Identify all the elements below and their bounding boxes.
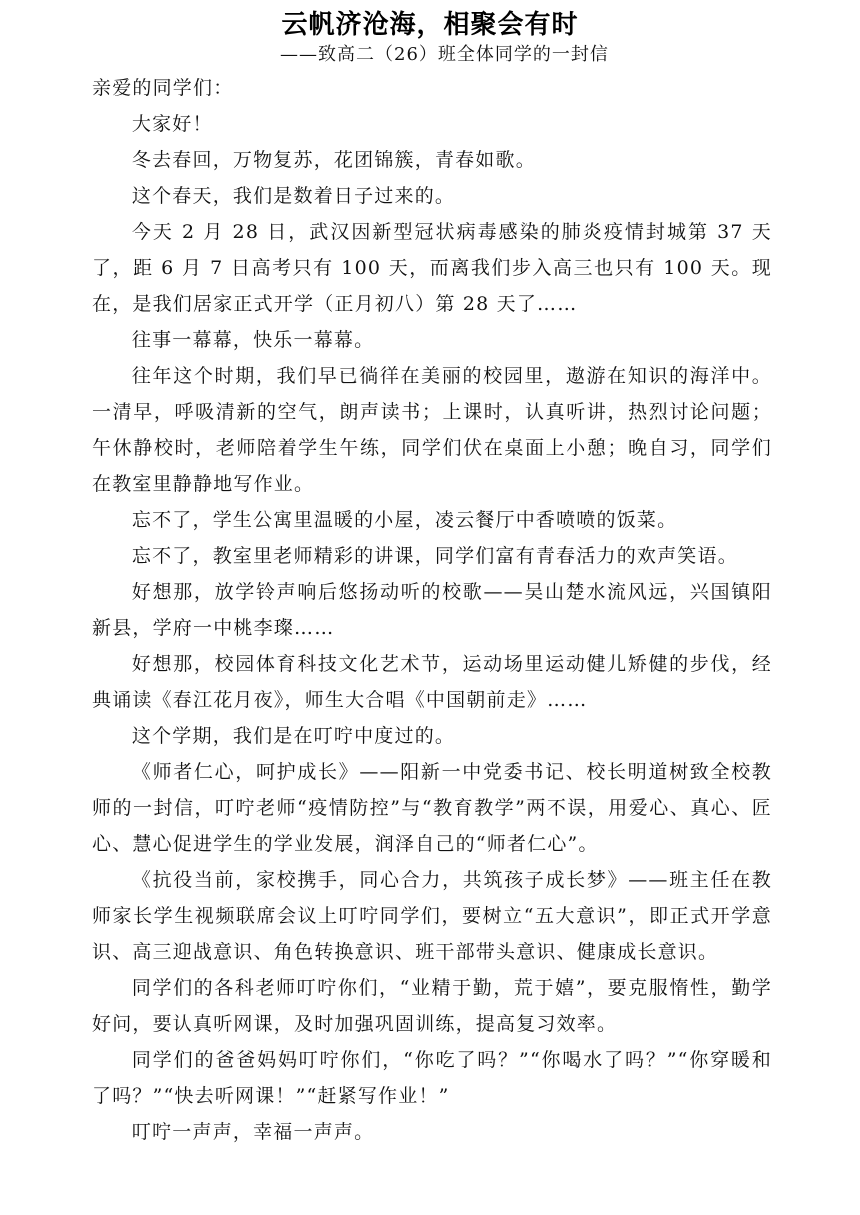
paragraph: 好想那，放学铃声响后悠扬动听的校歌——吴山楚水流风远，兴国镇阳新县，学府一中桃李… — [92, 574, 772, 646]
paragraph: 《抗役当前，家校携手，同心合力，共筑孩子成长梦》——班主任在教师家长学生视频联席… — [92, 862, 772, 970]
paragraph: 同学们的各科老师叮咛你们，“业精于勤，荒于嬉”，要克服惰性，勤学好问，要认真听网… — [92, 970, 772, 1042]
paragraph: 这个学期，我们是在叮咛中度过的。 — [92, 718, 772, 754]
paragraph: 往年这个时期，我们早已徜徉在美丽的校园里，遨游在知识的海洋中。一清早，呼吸清新的… — [92, 358, 772, 502]
letter-page: 云帆济沧海，相聚会有时 ——致高二（26）班全体同学的一封信 亲爱的同学们： 大… — [0, 0, 860, 1215]
paragraph-greeting: 大家好！ — [92, 106, 772, 142]
paragraph: 同学们的爸爸妈妈叮咛你们，“你吃了吗？”“你喝水了吗？”“你穿暖和了吗？”“快去… — [92, 1042, 772, 1114]
paragraph: 《师者仁心，呵护成长》——阳新一中党委书记、校长明道树致全校教师的一封信，叮咛老… — [92, 754, 772, 862]
salutation: 亲爱的同学们： — [92, 70, 772, 106]
paragraph: 忘不了，学生公寓里温暖的小屋，凌云餐厅中香喷喷的饭菜。 — [92, 502, 772, 538]
letter-subtitle: ——致高二（26）班全体同学的一封信 — [0, 40, 860, 66]
paragraph: 好想那，校园体育科技文化艺术节，运动场里运动健儿矫健的步伐，经典诵读《春江花月夜… — [92, 646, 772, 718]
paragraph: 今天 2 月 28 日，武汉因新型冠状病毒感染的肺炎疫情封城第 37 天了，距 … — [92, 214, 772, 322]
paragraph-closing: 叮咛一声声，幸福一声声。 — [92, 1114, 772, 1150]
paragraph: 往事一幕幕，快乐一幕幕。 — [92, 322, 772, 358]
paragraph: 冬去春回，万物复苏，花团锦簇，青春如歌。 — [92, 142, 772, 178]
paragraph: 忘不了，教室里老师精彩的讲课，同学们富有青春活力的欢声笑语。 — [92, 538, 772, 574]
letter-title: 云帆济沧海，相聚会有时 — [0, 4, 860, 41]
paragraph: 这个春天，我们是数着日子过来的。 — [92, 178, 772, 214]
letter-body: 亲爱的同学们： 大家好！ 冬去春回，万物复苏，花团锦簇，青春如歌。 这个春天，我… — [92, 70, 772, 1150]
